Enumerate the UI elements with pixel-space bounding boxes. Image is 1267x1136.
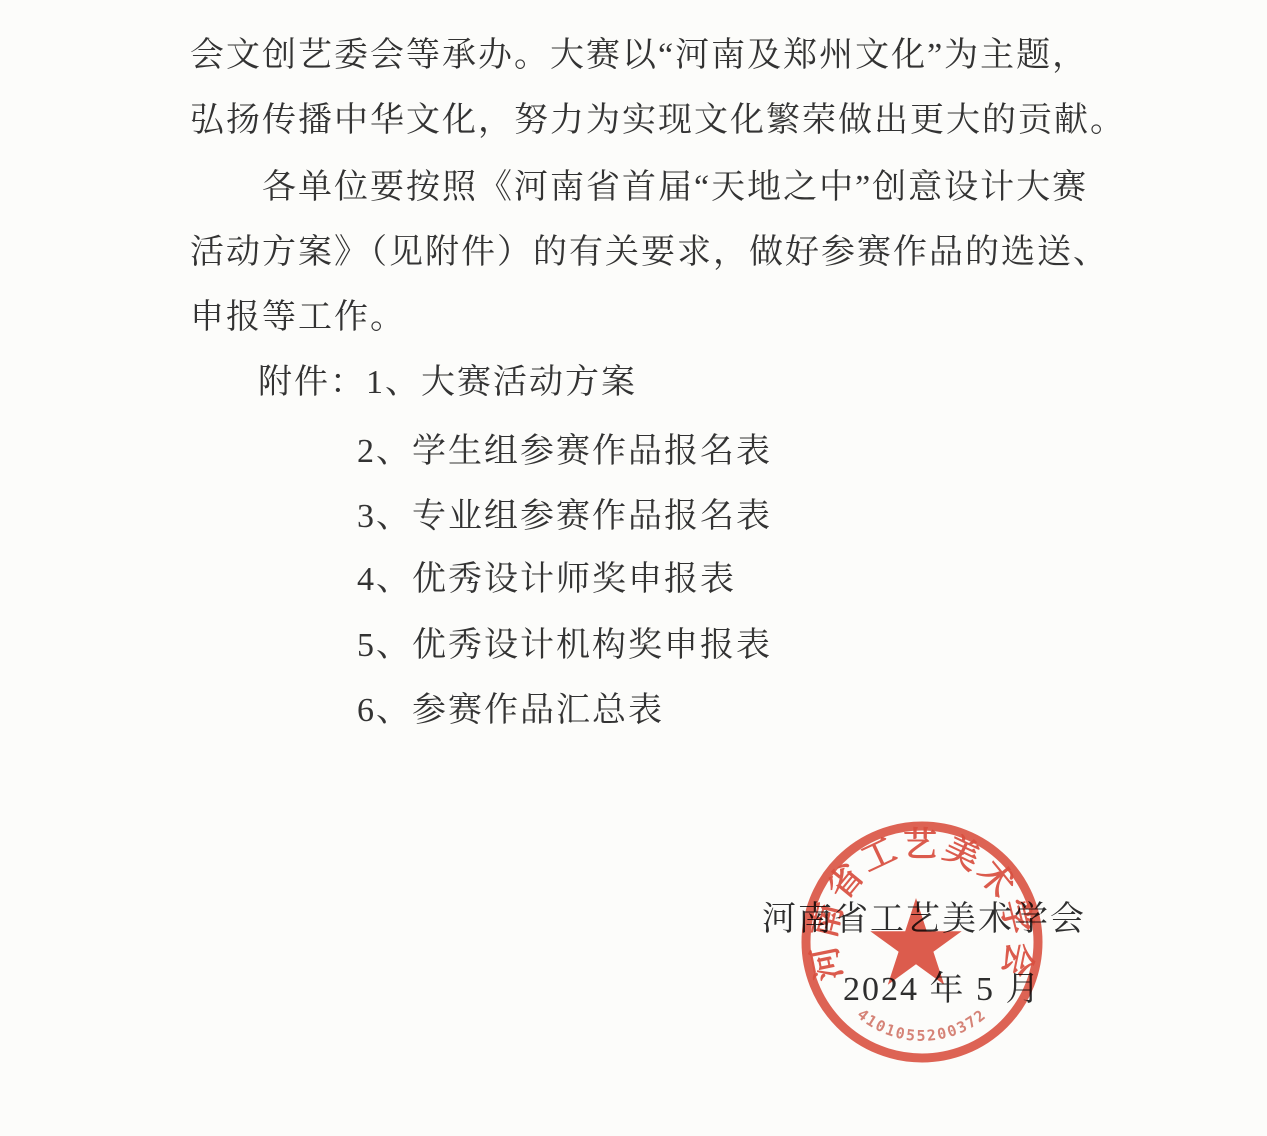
document-page: 会文创艺委会等承办。大赛以“河南及郑州文化”为主题， 弘扬传播中华文化，努力为实… (0, 0, 1267, 1136)
seal-graphic: 河南省工艺美术学会 4101055200372 (792, 812, 1052, 1072)
attachment-item-4: 4、优秀设计师奖申报表 (357, 560, 736, 600)
body-line-2: 弘扬传播中华文化，努力为实现文化繁荣做出更大的贡献。 (190, 101, 1126, 141)
attachment-line-1: 附件： 1、大赛活动方案 (258, 363, 637, 403)
signature-date: 2024 年 5 月 (843, 961, 1042, 1010)
attachment-item-2: 2、学生组参赛作品报名表 (357, 432, 772, 472)
seal-ring (806, 826, 1038, 1058)
attachment-item-6: 6、参赛作品汇总表 (357, 691, 664, 731)
body-line-3: 各单位要按照《河南省首届“天地之中”创意设计大赛 (262, 168, 1088, 208)
attachment-item-3: 3、专业组参赛作品报名表 (357, 497, 772, 537)
attachment-item-1: 1、大赛活动方案 (366, 363, 637, 403)
body-line-1: 会文创艺委会等承办。大赛以“河南及郑州文化”为主题， (190, 36, 1088, 76)
attachments-label: 附件： (258, 363, 366, 403)
seal-code-label: 4101055200372 (854, 1005, 991, 1045)
official-seal: 河南省工艺美术学会 4101055200372 (792, 812, 1052, 1072)
attachment-item-5: 5、优秀设计机构奖申报表 (357, 626, 772, 666)
body-line-4: 活动方案》（见附件）的有关要求，做好参赛作品的选送、 (190, 233, 1109, 273)
signature-org: 河南省工艺美术学会 (762, 891, 1086, 940)
body-line-5: 申报等工作。 (190, 298, 406, 338)
